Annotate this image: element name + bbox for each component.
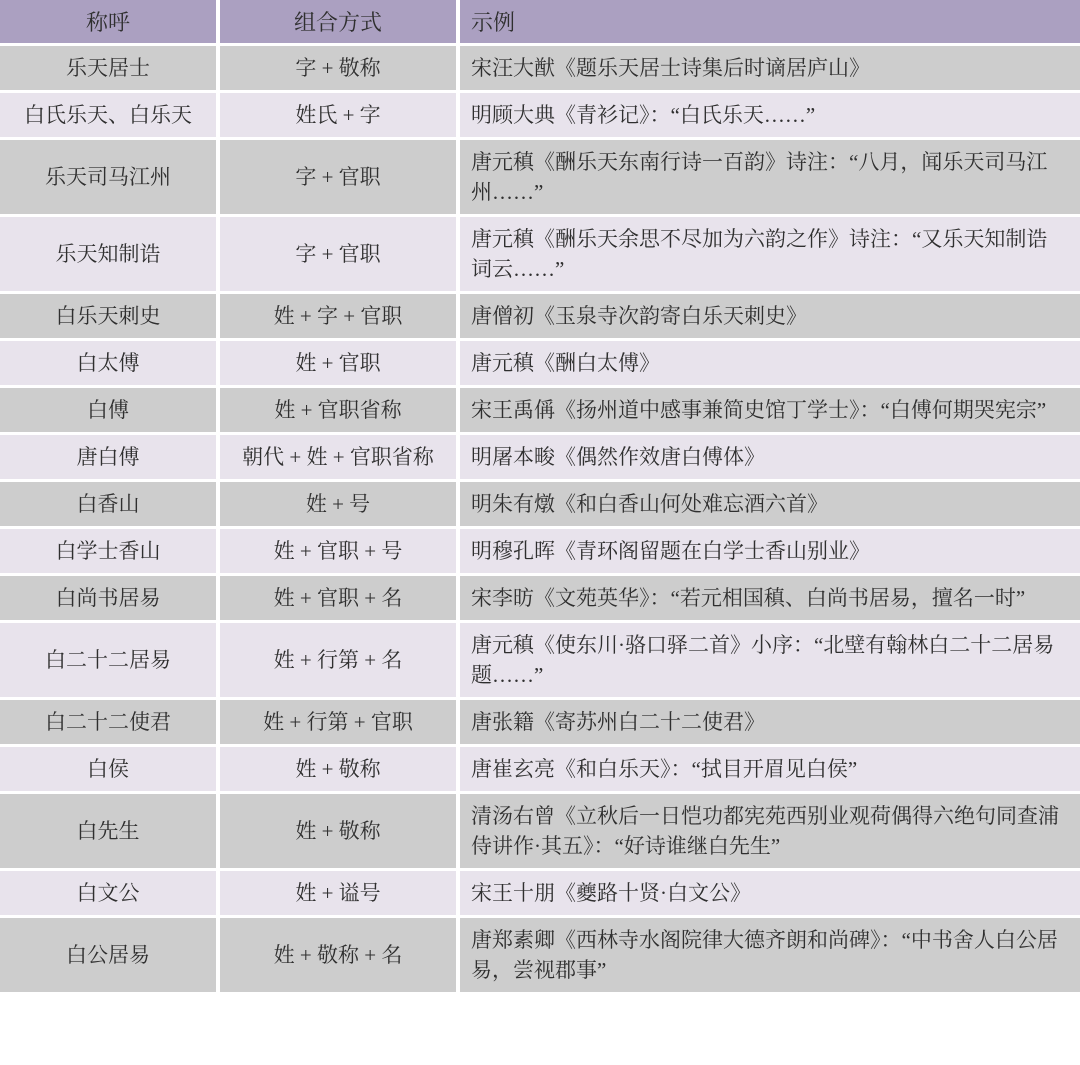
cell-example: 唐元稹《酬乐天余思不尽加为六韵之作》诗注：“又乐天知制诰词云……” (460, 217, 1080, 294)
cell-example: 唐张籍《寄苏州白二十二使君》 (460, 700, 1080, 747)
cell-name: 白侯 (0, 747, 220, 794)
cell-method: 姓 + 官职 (220, 341, 460, 388)
cell-example: 清汤右曾《立秋后一日恺功都宪苑西别业观荷偶得六绝句同查浦侍讲作·其五》：“好诗谁… (460, 794, 1080, 871)
cell-name: 白氏乐天、白乐天 (0, 93, 220, 140)
cell-name: 乐天知制诰 (0, 217, 220, 294)
cell-name: 白傅 (0, 388, 220, 435)
cell-name: 白香山 (0, 482, 220, 529)
cell-name: 白公居易 (0, 918, 220, 992)
cell-name: 白文公 (0, 871, 220, 918)
table-row: 白学士香山 姓 + 官职 + 号 明穆孔晖《青环阁留题在白学士香山别业》 (0, 529, 1080, 576)
bai-juyi-naming-table: 称呼 组合方式 示例 乐天居士 字 + 敬称 宋汪大猷《题乐天居士诗集后时谪居庐… (0, 0, 1080, 992)
table-row: 白二十二居易 姓 + 行第 + 名 唐元稹《使东川·骆口驿二首》小序：“北壁有翰… (0, 623, 1080, 700)
cell-name: 白学士香山 (0, 529, 220, 576)
cell-name: 唐白傅 (0, 435, 220, 482)
cell-method: 姓 + 行第 + 官职 (220, 700, 460, 747)
cell-method: 姓 + 敬称 (220, 747, 460, 794)
cell-method: 姓 + 行第 + 名 (220, 623, 460, 700)
cell-example: 明屠本畯《偶然作效唐白傅体》 (460, 435, 1080, 482)
cell-method: 姓 + 官职 + 号 (220, 529, 460, 576)
table-row: 乐天居士 字 + 敬称 宋汪大猷《题乐天居士诗集后时谪居庐山》 (0, 46, 1080, 93)
cell-method: 姓氏 + 字 (220, 93, 460, 140)
cell-example: 宋王十朋《夔路十贤·白文公》 (460, 871, 1080, 918)
cell-name: 白二十二使君 (0, 700, 220, 747)
cell-method: 字 + 敬称 (220, 46, 460, 93)
cell-name: 白乐天刺史 (0, 294, 220, 341)
cell-name: 白先生 (0, 794, 220, 871)
cell-method: 姓 + 官职省称 (220, 388, 460, 435)
table-row: 乐天司马江州 字 + 官职 唐元稹《酬乐天东南行诗一百韵》诗注：“八月，闻乐天司… (0, 140, 1080, 217)
cell-method: 姓 + 谥号 (220, 871, 460, 918)
table-row: 白文公 姓 + 谥号 宋王十朋《夔路十贤·白文公》 (0, 871, 1080, 918)
header-row: 称呼 组合方式 示例 (0, 0, 1080, 46)
cell-name: 乐天居士 (0, 46, 220, 93)
cell-name: 白太傅 (0, 341, 220, 388)
table-row: 白先生 姓 + 敬称 清汤右曾《立秋后一日恺功都宪苑西别业观荷偶得六绝句同查浦侍… (0, 794, 1080, 871)
cell-example: 明穆孔晖《青环阁留题在白学士香山别业》 (460, 529, 1080, 576)
cell-method: 姓 + 官职 + 名 (220, 576, 460, 623)
cell-name: 乐天司马江州 (0, 140, 220, 217)
column-header-name: 称呼 (0, 0, 220, 46)
cell-method: 字 + 官职 (220, 140, 460, 217)
cell-method: 姓 + 敬称 (220, 794, 460, 871)
naming-table-container: 称呼 组合方式 示例 乐天居士 字 + 敬称 宋汪大猷《题乐天居士诗集后时谪居庐… (0, 0, 1080, 992)
table-row: 白太傅 姓 + 官职 唐元稹《酬白太傅》 (0, 341, 1080, 388)
cell-example: 宋汪大猷《题乐天居士诗集后时谪居庐山》 (460, 46, 1080, 93)
cell-method: 姓 + 号 (220, 482, 460, 529)
table-row: 白二十二使君 姓 + 行第 + 官职 唐张籍《寄苏州白二十二使君》 (0, 700, 1080, 747)
table-row: 白尚书居易 姓 + 官职 + 名 宋李昉《文苑英华》：“若元相国稹、白尚书居易，… (0, 576, 1080, 623)
table-row: 白香山 姓 + 号 明朱有燉《和白香山何处难忘酒六首》 (0, 482, 1080, 529)
cell-name: 白二十二居易 (0, 623, 220, 700)
table-row: 唐白傅 朝代 + 姓 + 官职省称 明屠本畯《偶然作效唐白傅体》 (0, 435, 1080, 482)
table-row: 白公居易 姓 + 敬称 + 名 唐郑素卿《西林寺水阁院律大德齐朗和尚碑》：“中书… (0, 918, 1080, 992)
cell-example: 明朱有燉《和白香山何处难忘酒六首》 (460, 482, 1080, 529)
cell-example: 唐郑素卿《西林寺水阁院律大德齐朗和尚碑》：“中书舍人白公居易，尝视郡事” (460, 918, 1080, 992)
table-row: 白侯 姓 + 敬称 唐崔玄亮《和白乐天》：“拭目开眉见白侯” (0, 747, 1080, 794)
cell-method: 姓 + 字 + 官职 (220, 294, 460, 341)
cell-example: 唐元稹《使东川·骆口驿二首》小序：“北壁有翰林白二十二居易题……” (460, 623, 1080, 700)
cell-method: 姓 + 敬称 + 名 (220, 918, 460, 992)
cell-name: 白尚书居易 (0, 576, 220, 623)
table-row: 乐天知制诰 字 + 官职 唐元稹《酬乐天余思不尽加为六韵之作》诗注：“又乐天知制… (0, 217, 1080, 294)
cell-example: 宋李昉《文苑英华》：“若元相国稹、白尚书居易，擅名一时” (460, 576, 1080, 623)
cell-example: 唐崔玄亮《和白乐天》：“拭目开眉见白侯” (460, 747, 1080, 794)
cell-example: 宋王禹偁《扬州道中感事兼简史馆丁学士》：“白傅何期哭宪宗” (460, 388, 1080, 435)
cell-method: 字 + 官职 (220, 217, 460, 294)
cell-method: 朝代 + 姓 + 官职省称 (220, 435, 460, 482)
table-row: 白傅 姓 + 官职省称 宋王禹偁《扬州道中感事兼简史馆丁学士》：“白傅何期哭宪宗… (0, 388, 1080, 435)
column-header-method: 组合方式 (220, 0, 460, 46)
cell-example: 唐元稹《酬白太傅》 (460, 341, 1080, 388)
table-row: 白氏乐天、白乐天 姓氏 + 字 明顾大典《青衫记》：“白氏乐天……” (0, 93, 1080, 140)
cell-example: 唐元稹《酬乐天东南行诗一百韵》诗注：“八月，闻乐天司马江州……” (460, 140, 1080, 217)
table-row: 白乐天刺史 姓 + 字 + 官职 唐僧初《玉泉寺次韵寄白乐天刺史》 (0, 294, 1080, 341)
cell-example: 唐僧初《玉泉寺次韵寄白乐天刺史》 (460, 294, 1080, 341)
cell-example: 明顾大典《青衫记》：“白氏乐天……” (460, 93, 1080, 140)
column-header-example: 示例 (460, 0, 1080, 46)
